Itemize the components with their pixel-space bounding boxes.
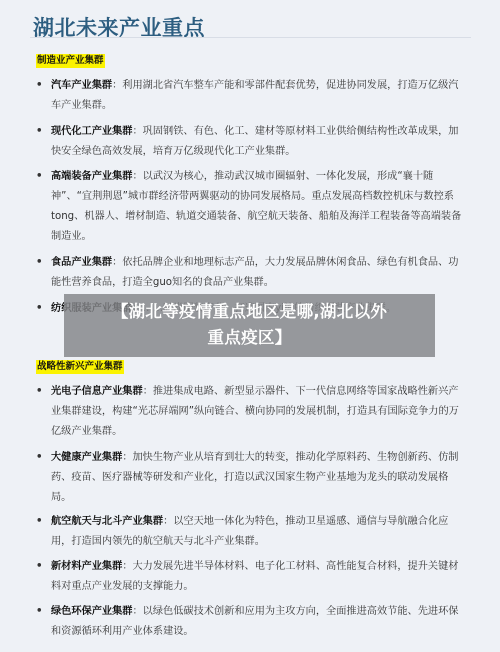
title-divider <box>30 37 471 38</box>
bullet-icon: • <box>36 253 43 273</box>
document-page: 湖北未来产业重点 制造业产业集群 • 汽车产业集群：利用湖北省汽车整车产能和零部… <box>0 0 500 652</box>
list-item: • 航空航天与北斗产业集群：以空天地一体化为特色，推动卫星遥感、通信与导航融合化… <box>36 512 466 552</box>
bullet-icon: • <box>36 122 43 142</box>
bullet-icon: • <box>36 299 43 319</box>
section-label-strategic: 战略性新兴产业集群 <box>36 360 124 374</box>
caption-overlay: 【湖北等疫情重点地区是哪,湖北以外 重点疫区】 <box>64 294 435 357</box>
caption-line-2: 重点疫区】 <box>64 325 435 351</box>
caption-line-1: 【湖北等疫情重点地区是哪,湖北以外 <box>64 299 435 325</box>
list-item: • 高端装备产业集群：以武汉为核心，推动武汉城市圈辐射、一体化发展，形成“襄十随… <box>36 167 466 247</box>
list-item: • 汽车产业集群：利用湖北省汽车整车产能和零部件配套优势，促进协同发展，打造万亿… <box>36 76 466 116</box>
bullet-icon: • <box>36 167 43 187</box>
list-item: • 绿色环保产业集群：以绿色低碳技术创新和应用为主攻方向，全面推进高效节能、先进… <box>36 602 466 642</box>
list-item: • 大健康产业集群：加快生物产业从培育到壮大的转变，推动化学原料药、生物创新药、… <box>36 448 466 508</box>
bullet-icon: • <box>36 382 43 402</box>
bullet-icon: • <box>36 557 43 577</box>
bullet-icon: • <box>36 602 43 622</box>
list-item: • 食品产业集群：依托品牌企业和地理标志产品，大力发展品牌休闲食品、绿色有机食品… <box>36 253 466 293</box>
list-item: • 光电子信息产业集群：推进集成电路、新型显示器件、下一代信息网络等国家战略性新… <box>36 382 466 442</box>
list-item: • 现代化工产业集群：巩固钢铁、有色、化工、建材等原材料工业供给侧结构性改革成果… <box>36 122 466 162</box>
bullet-icon: • <box>36 448 43 468</box>
list-item: • 新材料产业集群：大力发展先进半导体材料、电子化工材料、高性能复合材料，提升关… <box>36 557 466 597</box>
bullet-icon: • <box>36 76 43 96</box>
section-label-manufacturing: 制造业产业集群 <box>36 54 105 68</box>
bullet-icon: • <box>36 512 43 532</box>
